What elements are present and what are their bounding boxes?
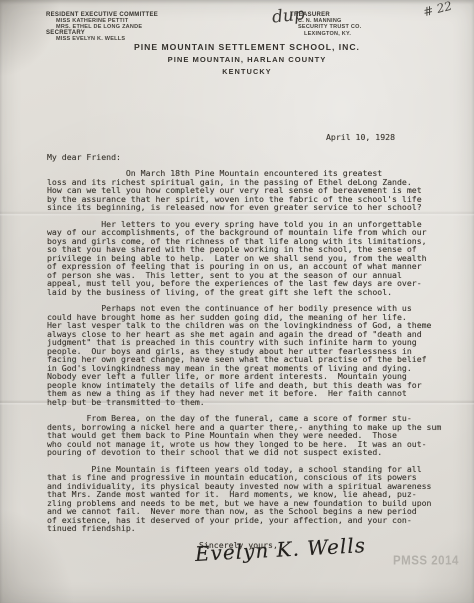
letter-salutation: My dear Friend: — [47, 153, 453, 162]
letter-paragraph: Her letters to you every spring have tol… — [47, 220, 453, 297]
school-state: KENTUCKY — [120, 67, 374, 76]
handwritten-duplicate-note: dup — [271, 4, 306, 27]
archive-stamp: PMSS 2014 — [393, 554, 459, 567]
letter-paragraph: Pine Mountain is fifteen years old today… — [47, 465, 453, 533]
letter-body: April 10, 1928 My dear Friend: On March … — [47, 133, 453, 559]
letter-date: April 10, 1928 — [47, 133, 453, 142]
school-name: PINE MOUNTAIN SETTLEMENT SCHOOL, INC. — [120, 42, 374, 52]
treasurer-city: LEXINGTON, KY. — [290, 31, 361, 37]
letter-paragraph: From Berea, on the day of the funeral, c… — [47, 414, 453, 457]
letter-paragraph: On March 18th Pine Mountain encountered … — [47, 169, 453, 212]
letterhead-school-block: PINE MOUNTAIN SETTLEMENT SCHOOL, INC. PI… — [120, 42, 374, 76]
school-location: PINE MOUNTAIN, HARLAN COUNTY — [120, 55, 374, 64]
letterhead-committee-block: RESIDENT EXECUTIVE COMMITTEE MISS KATHER… — [46, 12, 158, 42]
letter-paragraph: Perhaps not even the continuance of her … — [47, 304, 453, 406]
treasurer-company: SECURITY TRUST CO. — [290, 24, 361, 30]
